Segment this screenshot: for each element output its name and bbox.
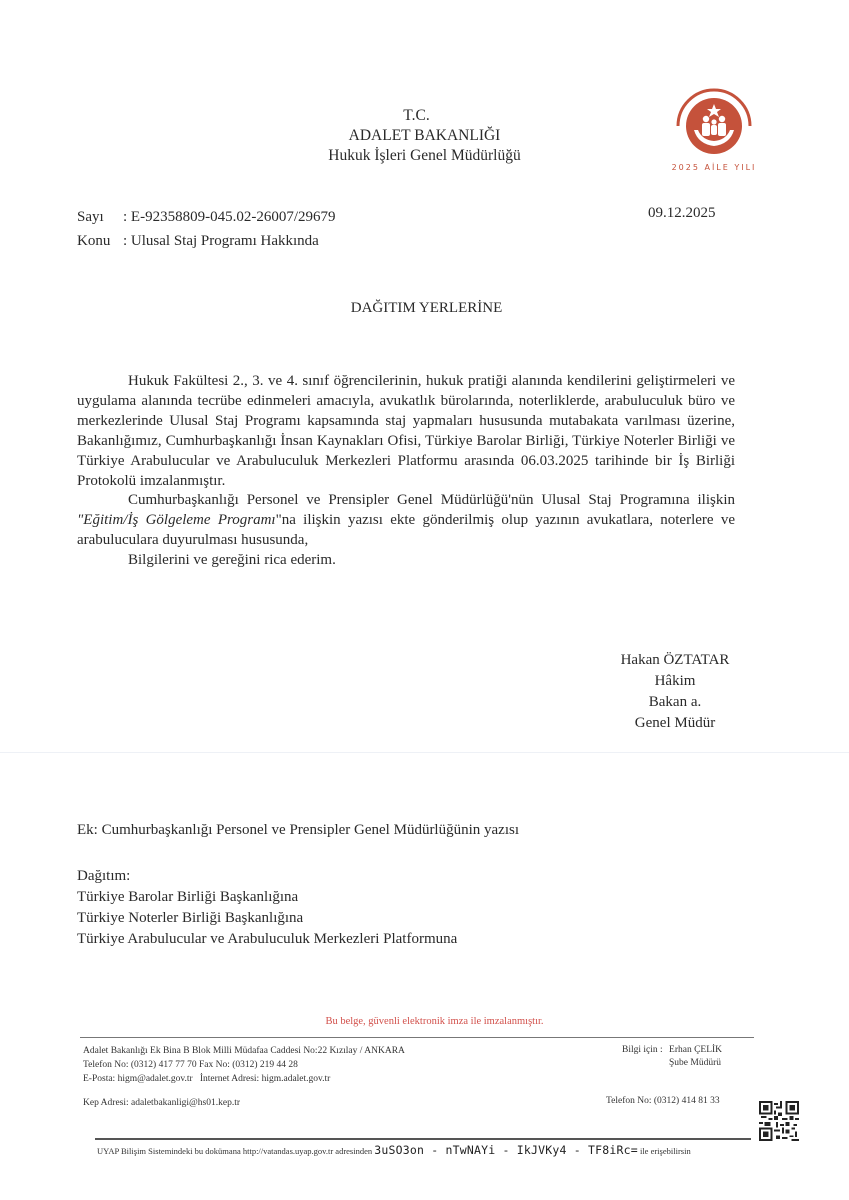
e-signature-note: Bu belge, güvenli elektronik imza ile im… [0, 1016, 849, 1027]
program-name: "Eğitim/İş Gölgeleme Programı [77, 512, 276, 528]
signer-title-1: Hâkim [560, 671, 790, 692]
footer-phone-fax: Telefon No: (0312) 417 77 70 Fax No: (03… [83, 1058, 405, 1072]
page-fold-line [0, 752, 849, 753]
distribution-list: Dağıtım: Türkiye Barolar Birliği Başkanl… [77, 866, 457, 950]
document-meta: Sayı: E-92358809-045.02-26007/29679 Konu… [77, 205, 335, 253]
uyap-divider [95, 1138, 751, 1140]
distribution-label: Dağıtım: [77, 866, 457, 887]
uyap-verification: UYAP Bilişim Sistemindeki bu dokümana ht… [97, 1143, 691, 1157]
closing-line: Bilgilerini ve gereğini rica ederim. [77, 551, 735, 571]
footer-contact: Adalet Bakanlığı Ek Bina B Blok Milli Mü… [83, 1044, 405, 1110]
reference-number-row: Sayı: E-92358809-045.02-26007/29679 [77, 205, 335, 229]
document-date: 09.12.2025 [648, 205, 716, 222]
subject-row: Konu: Ulusal Staj Programı Hakkında [77, 229, 335, 253]
distribution-item: Türkiye Noterler Birliği Başkanlığına [77, 908, 457, 929]
distribution-item: Türkiye Arabulucular ve Arabuluculuk Mer… [77, 929, 457, 950]
footer-divider [80, 1037, 754, 1038]
signer-title-3: Genel Müdür [560, 713, 790, 734]
footer-website[interactable]: İnternet Adresi: higm.adalet.gov.tr [200, 1074, 331, 1084]
info-name: Erhan ÇELİK [669, 1044, 722, 1057]
reference-label: Sayı [77, 205, 123, 229]
family-hands-star-icon: 2025 AİLE YILI [664, 86, 764, 176]
uyap-suffix: ile erişebilirsin [640, 1146, 691, 1156]
family-year-logo: 2025 AİLE YILI [664, 86, 764, 176]
subject-value: : Ulusal Staj Programı Hakkında [123, 233, 319, 249]
paragraph-2-start: Cumhurbaşkanlığı Personel ve Prensipler … [128, 492, 735, 508]
signer-name: Hakan ÖZTATAR [560, 650, 790, 671]
qr-code-icon[interactable] [759, 1101, 799, 1141]
subject-label: Konu [77, 229, 123, 253]
body-paragraph-1: Hukuk Fakültesi 2., 3. ve 4. sınıf öğren… [77, 372, 735, 491]
verification-code[interactable]: 3uSO3on - nTwNAYi - IkJVKy4 - TF8iRc= [374, 1143, 638, 1157]
uyap-prefix: UYAP Bilişim Sistemindeki bu dokümana ht… [97, 1146, 372, 1156]
letter-body: Hukuk Fakültesi 2., 3. ve 4. sınıf öğren… [77, 372, 735, 571]
footer-address: Adalet Bakanlığı Ek Bina B Blok Milli Mü… [83, 1044, 405, 1058]
recipient-heading: DAĞITIM YERLERİNE [0, 300, 849, 317]
footer-email[interactable]: E-Posta: higm@adalet.gov.tr [83, 1074, 193, 1084]
signature-block: Hakan ÖZTATAR Hâkim Bakan a. Genel Müdür [560, 650, 790, 734]
body-paragraph-2: Cumhurbaşkanlığı Personel ve Prensipler … [77, 491, 735, 551]
footer-info-contact: Bilgi için : Erhan ÇELİK Şube Müdürü [622, 1044, 722, 1070]
signer-title-2: Bakan a. [560, 692, 790, 713]
logo-caption: 2025 AİLE YILI [672, 162, 757, 172]
footer-web-row: E-Posta: higm@adalet.gov.tr İnternet Adr… [83, 1072, 405, 1086]
info-phone: Telefon No: (0312) 414 81 33 [606, 1096, 720, 1106]
attachment-line: Ek: Cumhurbaşkanlığı Personel ve Prensip… [77, 822, 519, 839]
info-title: Şube Müdürü [669, 1057, 722, 1070]
reference-number: : E-92358809-045.02-26007/29679 [123, 209, 335, 225]
info-label: Bilgi için : [622, 1044, 663, 1057]
footer-kep[interactable]: Kep Adresi: adaletbakanligi@hs01.kep.tr [83, 1096, 405, 1110]
distribution-item: Türkiye Barolar Birliği Başkanlığına [77, 887, 457, 908]
